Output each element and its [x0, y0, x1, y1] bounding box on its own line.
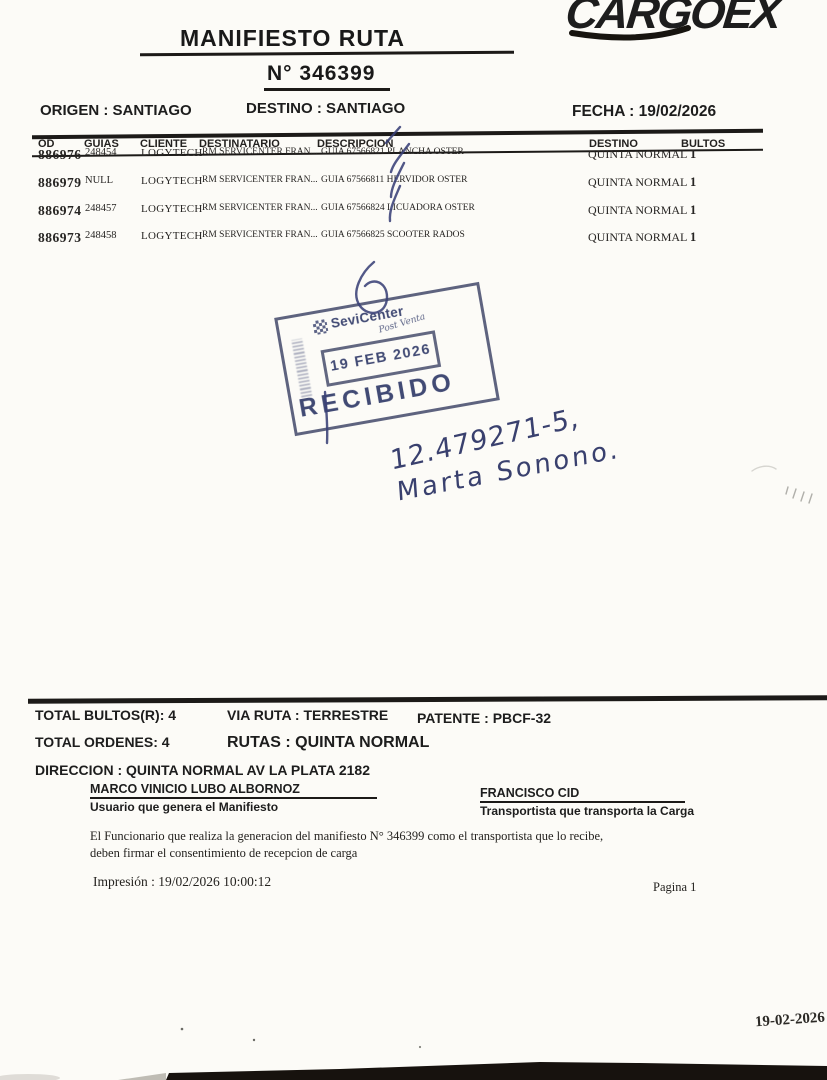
- patente: PATENTE : PBCF-32: [417, 710, 551, 726]
- logo-text-main: CARGO: [563, 0, 726, 38]
- cell-od: 886979: [38, 175, 82, 191]
- cell-destinatario: RM SERVICENTER FRAN...: [202, 175, 318, 185]
- cell-destinatario: RM SERVICENTER FRAN...: [202, 147, 318, 157]
- received-stamp: SeviCenter Post Venta 19 FEB 2026 RECIBI…: [274, 282, 500, 436]
- total-bultos: TOTAL BULTOS(R): 4: [35, 707, 176, 723]
- via-ruta: VIA RUTA : TERRESTRE: [227, 707, 388, 723]
- corner-date: 19-02-2026: [754, 1010, 825, 1032]
- footer-note-line1: El Funcionario que realiza la generacion…: [90, 829, 603, 844]
- cell-bultos: 1: [690, 230, 696, 245]
- direccion: DIRECCION : QUINTA NORMAL AV LA PLATA 21…: [35, 762, 370, 778]
- table-row: 886974 248457 LOGYTECH RM SERVICENTER FR…: [0, 203, 827, 221]
- cell-guias: 248458: [85, 230, 117, 241]
- cell-cliente: LOGYTECH: [141, 230, 203, 242]
- cell-bultos: 1: [690, 175, 696, 190]
- cell-destinatario: RM SERVICENTER FRAN...: [202, 230, 318, 240]
- cell-bultos: 1: [690, 147, 696, 162]
- cell-destino: QUINTA NORMAL: [588, 230, 687, 245]
- cell-guias: 248457: [85, 203, 117, 214]
- cell-descripcion: GUIA 67566821 PLANCHA OSTER: [321, 147, 464, 157]
- table-row: 886973 248458 LOGYTECH RM SERVICENTER FR…: [0, 230, 827, 248]
- footer-note-line2: deben firmar el consentimiento de recepc…: [90, 846, 357, 861]
- date-label: FECHA : 19/02/2026: [572, 103, 716, 121]
- cell-od: 886973: [38, 230, 82, 246]
- cell-od: 886976: [38, 147, 82, 163]
- cargoex-logo: CARGOEX: [563, 0, 782, 39]
- manifest-number: N° 346399: [267, 62, 375, 86]
- logo-text-accent: EX: [721, 0, 782, 38]
- servicenter-checkerboard-icon: [312, 319, 328, 335]
- page-number: Pagina 1: [653, 880, 696, 895]
- total-ordenes: TOTAL ORDENES: 4: [35, 734, 170, 750]
- cell-cliente: LOGYTECH: [141, 203, 203, 215]
- scanned-manifest-document: CARGOEX MANIFIESTO RUTA N° 346399 ORIGEN…: [0, 0, 827, 1080]
- cell-destino: QUINTA NORMAL: [588, 203, 687, 218]
- cell-guias: NULL: [85, 175, 113, 186]
- document-title: MANIFIESTO RUTA: [180, 25, 405, 52]
- generator-signature-role: Usuario que genera el Manifiesto: [90, 800, 278, 814]
- cell-cliente: LOGYTECH: [141, 147, 203, 159]
- cell-cliente: LOGYTECH: [141, 175, 203, 187]
- cell-od: 886974: [38, 203, 82, 219]
- number-underline: [264, 88, 390, 91]
- generator-signature-name: MARCO VINICIO LUBO ALBORNOZ: [90, 782, 377, 799]
- cell-destino: QUINTA NORMAL: [588, 147, 687, 162]
- table-row: 886976 248454 LOGYTECH RM SERVICENTER FR…: [0, 147, 827, 165]
- cell-destino: QUINTA NORMAL: [588, 175, 687, 190]
- destination-label: DESTINO : SANTIAGO: [246, 100, 405, 117]
- cell-guias: 248454: [85, 147, 117, 158]
- origin-label: ORIGEN : SANTIAGO: [40, 102, 192, 119]
- table-row: 886979 NULL LOGYTECH RM SERVICENTER FRAN…: [0, 175, 827, 193]
- cell-destinatario: RM SERVICENTER FRAN...: [202, 203, 318, 213]
- carrier-signature-role: Transportista que transporta la Carga: [480, 804, 694, 818]
- cell-bultos: 1: [690, 203, 696, 218]
- totals-top-rule: [28, 695, 827, 703]
- cell-descripcion: GUIA 67566825 SCOOTER RADOS: [321, 230, 465, 240]
- cell-descripcion: GUIA 67566824 LICUADORA OSTER: [321, 203, 475, 213]
- rutas: RUTAS : QUINTA NORMAL: [227, 734, 429, 752]
- printed-timestamp: Impresión : 19/02/2026 10:00:12: [93, 874, 271, 890]
- carrier-signature-name: FRANCISCO CID: [480, 786, 685, 803]
- cell-descripcion: GUIA 67566811 HERVIDOR OSTER: [321, 175, 467, 185]
- stamp-side-text: [291, 338, 312, 397]
